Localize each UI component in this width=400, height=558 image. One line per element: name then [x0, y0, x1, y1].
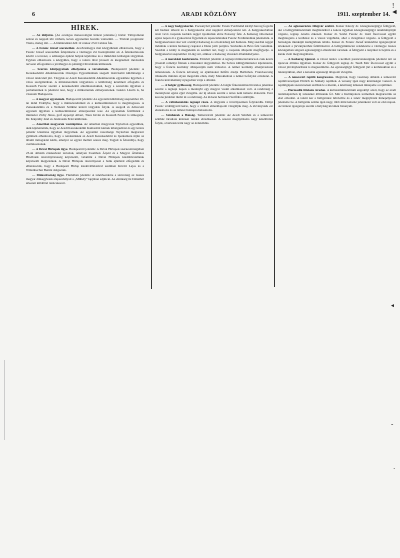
article: — A magyar egyetemek. Budapestről jelent… — [26, 97, 144, 121]
page-header: 6 ARADI KÖZLÖNY 1911. szeptember 14. — [24, 10, 394, 23]
column-1: HÍREK. — Az időjárás. (Az országos meteo… — [26, 24, 144, 274]
article: — Diákszövetség ügye. Fiumében jelentik:… — [26, 173, 144, 185]
margin-mark: - — [391, 420, 393, 428]
article: — A marokkói konferencia. Párisból jelen… — [155, 57, 273, 81]
article: — A Ferenc József szeretetház. Aradvárme… — [26, 46, 144, 66]
article: — A nagy hadgyakorlat. Pozsonyból jelent… — [155, 24, 273, 56]
section-title: HÍREK. — [26, 26, 144, 30]
article: — Az időjárás. (Az országos meteorológia… — [26, 33, 144, 45]
column-3: — Az aglomerációs főlégvár ezelőtt. Kais… — [274, 24, 396, 287]
article: — A bolgár gyilkosság. Budapestről jelen… — [155, 83, 273, 99]
scan-artifact — [4, 360, 5, 440]
article: — Szerzés kötőjegyeinek elhelyezése a tá… — [26, 67, 144, 95]
margin-arrow-icon: ◄ — [391, 8, 398, 16]
article: — Amerikai magyarok vasútépítése. Az ame… — [26, 122, 144, 146]
article: — A váltóhamisítás tegnapi része. A tárg… — [155, 100, 273, 112]
article: — A temesvári repülő kongresszus. Megírt… — [278, 75, 396, 87]
article: — Harmadik főiskola Aradon. A kultuszmin… — [278, 88, 396, 108]
article: — Színházak a Bánság. Temesvárról jelent… — [155, 113, 273, 125]
newspaper-page: 6 ARADI KÖZLÖNY 1911. szeptember 14. HÍR… — [24, 8, 394, 553]
margin-arrow-icon: ◄ — [390, 304, 395, 309]
article: — Az aglomerációs főlégvár ezelőtt. Kais… — [278, 24, 396, 56]
column-2: — A nagy hadgyakorlat. Pozsonyból jelent… — [151, 24, 273, 289]
article: — A hadsereg újoncai. A városi tanács a … — [278, 57, 396, 73]
issue-date: 1911. szeptember 14. — [337, 12, 390, 18]
article: — A Dévai Hírlapok ügye. Budapestről jel… — [26, 147, 144, 171]
margin-mark: · — [393, 465, 395, 473]
